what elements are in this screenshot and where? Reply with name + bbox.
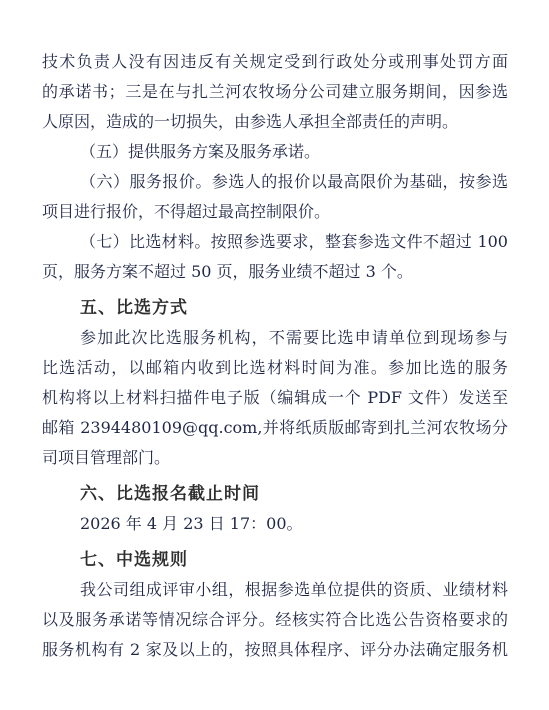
text-line: 我公司组成评审小组，根据参选单位提供的资质、业绩材料 — [42, 575, 508, 605]
text-line-item-7: （七）比选材料。按照参选要求，整套参选文件不超过 100 — [42, 227, 508, 257]
text-line: 参加此次比选服务机构，不需要比选申请单位到现场参与 — [42, 323, 508, 353]
email-label: 邮箱 — [42, 418, 80, 437]
section-heading-7: 七、中选规则 — [42, 545, 508, 575]
text-line: 比选活动，以邮箱内收到比选材料时间为准。参加比选的服务 — [42, 353, 508, 383]
text-line: 以及服务承诺等情况综合评分。经核实符合比选公告资格要求的 — [42, 605, 508, 635]
text-line: 项目进行报价，不得超过最高控制限价。 — [42, 197, 508, 227]
text-line: 服务机构有 2 家及以上的，按照具体程序、评分办法确定服务机 — [42, 635, 508, 665]
text-line: 技术负责人没有因违反有关规定受到行政处分或刑事处罚方面 — [42, 47, 508, 77]
section-heading-5: 五、比选方式 — [42, 293, 508, 323]
text-line: 司项目管理部门。 — [42, 443, 508, 473]
document-page: 技术负责人没有因违反有关规定受到行政处分或刑事处罚方面 的承诺书；三是在与扎兰河… — [0, 0, 549, 710]
text-line-email: 邮箱 2394480109@qq.com,并将纸质版邮寄到扎兰河农牧场分公 — [42, 413, 508, 443]
text-line-item-6: （六）服务报价。参选人的报价以最高限价为基础，按参选 — [42, 167, 508, 197]
text-line: 页，服务方案不超过 50 页，服务业绩不超过 3 个。 — [42, 257, 508, 287]
text-line: 的承诺书；三是在与扎兰河农牧场分公司建立服务期间，因参选 — [42, 77, 508, 107]
section-heading-6: 六、比选报名截止时间 — [42, 479, 508, 509]
text-line: 机构将以上材料扫描件电子版（编辑成一个 PDF 文件）发送至 — [42, 383, 508, 413]
email-address: 2394480109@qq.com — [80, 418, 257, 437]
deadline-date: 2026 年 4 月 23 日 17：00。 — [42, 509, 508, 539]
text-line-item-5: （五）提供服务方案及服务承诺。 — [42, 137, 508, 167]
text-line: 人原因，造成的一切损失，由参选人承担全部责任的声明。 — [42, 107, 508, 137]
